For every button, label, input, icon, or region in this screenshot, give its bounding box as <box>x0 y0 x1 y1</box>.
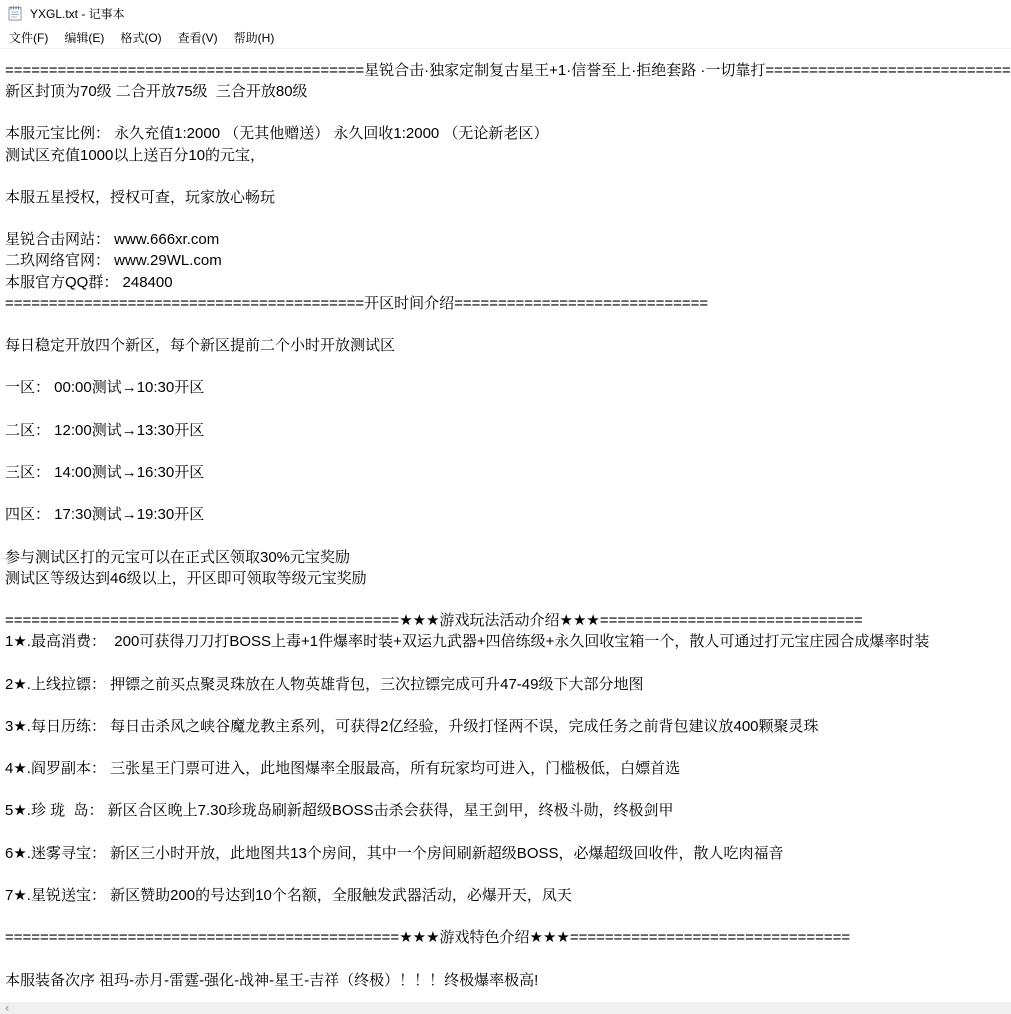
window-title: YXGL.txt - 记事本 <box>30 5 125 22</box>
text-line: 二玖网络官网： www.29WL.com <box>5 250 1011 271</box>
text-line <box>5 822 1011 843</box>
text-line <box>5 589 1011 610</box>
text-line: 6★.迷雾寻宝： 新区三小时开放，此地图共13个房间，其中一个房间刷新超级BOS… <box>5 843 1011 864</box>
text-line: 三区： 14:00测试→16:30开区 <box>5 462 1011 483</box>
text-line: ========================================… <box>5 293 1011 314</box>
text-line <box>5 102 1011 123</box>
text-line: 本服官方QQ群： 248400 <box>5 272 1011 293</box>
text-line: 3★.每日历练： 每日击杀风之峡谷魔龙教主系列，可获得2亿经验，升级打怪两不误，… <box>5 716 1011 737</box>
notepad-window: YXGL.txt - 记事本 文件(F) 编辑(E) 格式(O) 查看(V) 帮… <box>0 0 1011 1014</box>
text-line: 二区： 12:00测试→13:30开区 <box>5 420 1011 441</box>
text-area[interactable]: ========================================… <box>0 49 1011 1002</box>
notepad-icon <box>7 5 23 21</box>
text-line: 参与测试区打的元宝可以在正式区领取30%元宝奖励 <box>5 547 1011 568</box>
text-line <box>5 695 1011 716</box>
text-line <box>5 399 1011 420</box>
text-line <box>5 737 1011 758</box>
text-line: 星锐合击网站： www.666xr.com <box>5 229 1011 250</box>
text-line: 本服五星授权，授权可查，玩家放心畅玩 <box>5 187 1011 208</box>
text-line <box>5 949 1011 970</box>
text-line <box>5 483 1011 504</box>
text-line: 四区： 17:30测试→19:30开区 <box>5 504 1011 525</box>
text-line: 测试区充值1000以上送百分10的元宝， <box>5 145 1011 166</box>
text-line: ========================================… <box>5 610 1011 631</box>
text-line: 本服装备次序 祖玛-赤月-雷霆-强化-战神-星王-吉祥（终极）！！！终极爆率极高… <box>5 970 1011 991</box>
menu-format[interactable]: 格式(O) <box>112 26 169 49</box>
text-line <box>5 356 1011 377</box>
text-line: 7★.星锐送宝： 新区赞助200的号达到10个名额，全服触发武器活动，必爆开天，… <box>5 885 1011 906</box>
text-line <box>5 525 1011 546</box>
text-line <box>5 864 1011 885</box>
text-line: 5★.珍 珑 岛： 新区合区晚上7.30珍珑岛刷新超级BOSS击杀会获得，星王剑… <box>5 800 1011 821</box>
menu-bar: 文件(F) 编辑(E) 格式(O) 查看(V) 帮助(H) <box>0 26 1011 49</box>
text-line: 测试区等级达到46级以上，开区即可领取等级元宝奖励 <box>5 568 1011 589</box>
menu-help[interactable]: 帮助(H) <box>226 26 283 49</box>
text-line <box>5 441 1011 462</box>
text-line: 2★.上线拉镖： 押镖之前买点聚灵珠放在人物英雄背包，三次拉镖完成可升47-49… <box>5 674 1011 695</box>
text-line <box>5 652 1011 673</box>
text-line: 新区封顶为70级 二合开放75级 三合开放80级 <box>5 81 1011 102</box>
menu-view[interactable]: 查看(V) <box>170 26 226 49</box>
menu-edit[interactable]: 编辑(E) <box>56 26 112 49</box>
text-line: 1★.最高消费： 200可获得刀刀打BOSS上毒+1件爆率时装+双运九武器+四倍… <box>5 631 1011 652</box>
text-line <box>5 166 1011 187</box>
text-line <box>5 208 1011 229</box>
horizontal-scrollbar[interactable]: ‹ <box>0 1002 1011 1014</box>
title-bar[interactable]: YXGL.txt - 记事本 <box>0 0 1011 26</box>
text-line <box>5 906 1011 927</box>
text-line: 4★.阎罗副本： 三张星王门票可进入，此地图爆率全服最高，所有玩家均可进入，门槛… <box>5 758 1011 779</box>
text-line <box>5 779 1011 800</box>
text-line: ========================================… <box>5 927 1011 948</box>
text-line: ========================================… <box>5 60 1011 81</box>
text-line: 每日稳定开放四个新区，每个新区提前二个小时开放测试区 <box>5 335 1011 356</box>
text-line <box>5 314 1011 335</box>
scroll-left-arrow-icon[interactable]: ‹ <box>0 1002 14 1014</box>
text-line: 本服元宝比例： 永久充值1:2000 （无其他赠送） 永久回收1:2000 （无… <box>5 123 1011 144</box>
menu-file[interactable]: 文件(F) <box>1 26 56 49</box>
text-line: 一区： 00:00测试→10:30开区 <box>5 377 1011 398</box>
